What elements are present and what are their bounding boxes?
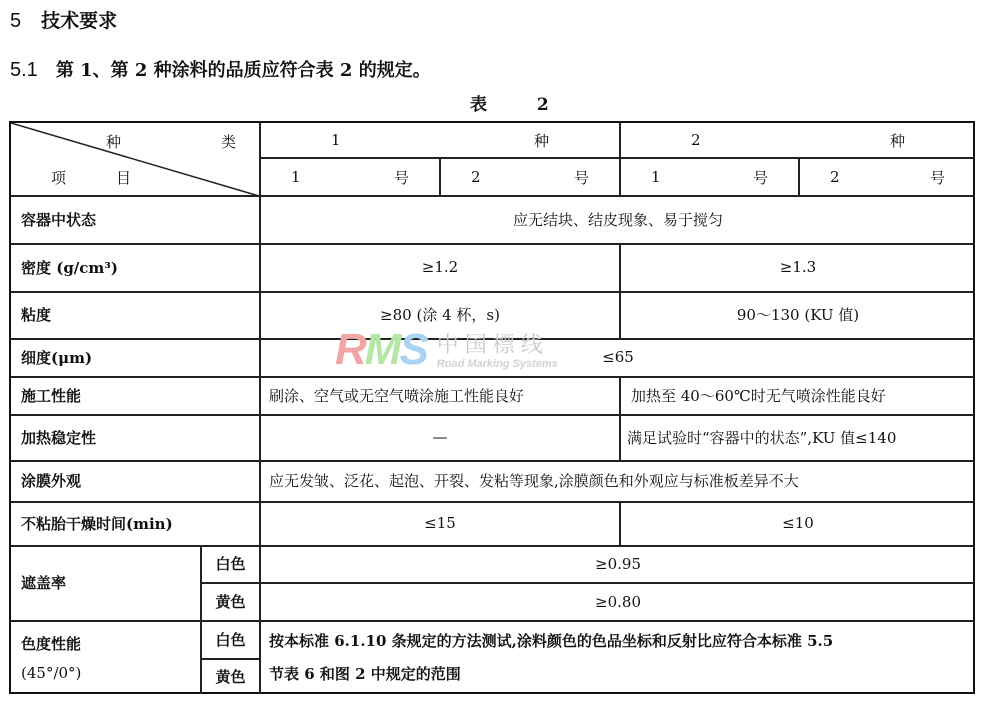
row-label-density: 密度 (g/cm³) [11, 243, 259, 291]
row-value-workability-type2: 加热至 40～60℃时无气喷涂性能良好 [621, 376, 975, 414]
row-label-fineness: 细度(μm) [11, 338, 259, 376]
row-label-workability: 施工性能 [11, 376, 259, 414]
hiding-power-white-label: 白色 [202, 545, 259, 582]
section-number: 5 [10, 10, 21, 32]
subsection-text: 第 1、第 2 种涂料的品质应符合表 2 的规定。 [56, 60, 431, 81]
subsection-heading: 5.1第 1、第 2 种涂料的品质应符合表 2 的规定。 [10, 56, 431, 82]
row-label-film-appearance: 涂膜外观 [11, 460, 259, 501]
row-value-density-type1: ≥1.2 [261, 243, 619, 291]
row-value-heat-stability-type2: 满足试验时“容器中的状态”,KU 值≤140 [621, 414, 975, 460]
section-heading: 5技术要求 [10, 6, 117, 33]
requirements-table: 种 类 项 目 1种 2种 1号 2号 1号 2号 容器中状态 应无结块、结皮现… [9, 121, 975, 694]
row-label-chromaticity: 色度性能 (45°/0°) [11, 620, 200, 694]
row-value-viscosity-type1: ≥80 (涂 4 杯，s) [261, 291, 619, 338]
header-item-char1: 项 [51, 163, 66, 191]
row-label-hiding-power: 遮盖率 [11, 545, 200, 620]
header-sub-1-2: 2号 [441, 159, 619, 195]
hiding-power-yellow-value: ≥0.80 [261, 583, 975, 620]
section-title: 技术要求 [41, 10, 117, 32]
header-sub-1-1: 1号 [261, 159, 439, 195]
row-value-viscosity-type2: 90～130 (KU 值) [621, 291, 975, 338]
row-value-fineness: ≤65 [261, 338, 975, 376]
header-sub-2-1: 1号 [621, 159, 798, 195]
row-value-heat-stability-type1: — [261, 414, 619, 460]
header-type-2: 2种 [621, 123, 975, 157]
hiding-power-yellow-label: 黄色 [202, 583, 259, 620]
row-value-density-type2: ≥1.3 [621, 243, 975, 291]
row-label-heat-stability: 加热稳定性 [11, 414, 259, 460]
chromaticity-yellow-label: 黄色 [202, 659, 259, 694]
header-kind-char2: 类 [221, 127, 236, 155]
table-caption: 表 2 [470, 90, 571, 115]
header-kind-char1: 种 [106, 127, 121, 155]
row-value-workability-type1: 刷涂、空气或无空气喷涂施工性能良好 [261, 376, 619, 414]
row-label-no-pickup-time: 不粘胎干燥时间(min) [11, 501, 259, 545]
subsection-number: 5.1 [10, 59, 38, 81]
row-value-container-state: 应无结块、结皮现象、易于搅匀 [261, 195, 975, 243]
row-value-no-pickup-time-type1: ≤15 [261, 501, 619, 545]
header-item-char2: 目 [116, 163, 131, 191]
chromaticity-value: 按本标准 6.1.10 条规定的方法测试,涂料颜色的色品坐标和反射比应符合本标准… [261, 620, 975, 694]
chromaticity-white-label: 白色 [202, 620, 259, 658]
row-label-viscosity: 粘度 [11, 291, 259, 338]
row-value-no-pickup-time-type2: ≤10 [621, 501, 975, 545]
header-type-1: 1种 [261, 123, 619, 157]
hiding-power-white-value: ≥0.95 [261, 545, 975, 582]
header-sub-2-2: 2号 [800, 159, 975, 195]
row-label-container-state: 容器中状态 [11, 195, 259, 243]
row-value-film-appearance: 应无发皱、泛花、起泡、开裂、发粘等现象,涂膜颜色和外观应与标准板差异不大 [261, 460, 975, 501]
